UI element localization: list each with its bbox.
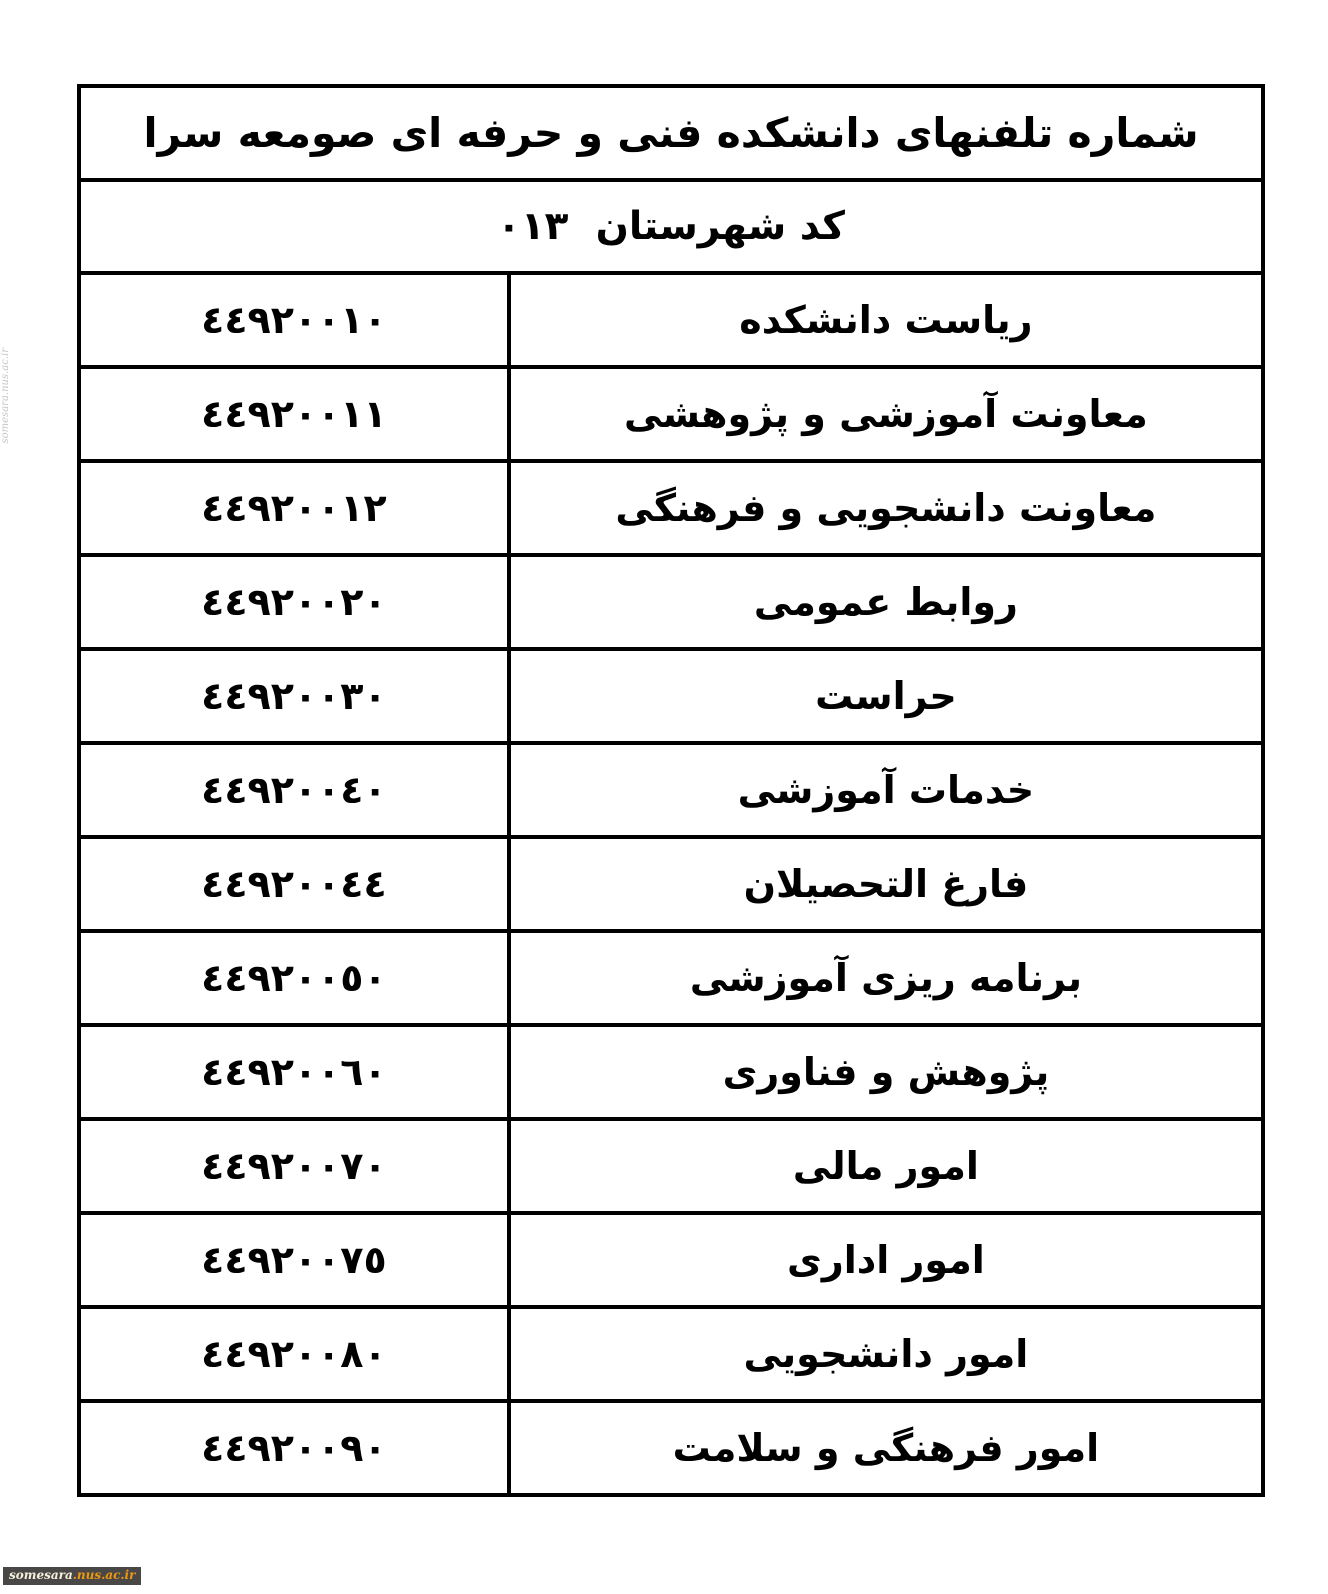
phone-number: ٤٤٩٢٠٠٢٠ (79, 555, 509, 649)
department-name: ریاست دانشکده (509, 273, 1263, 367)
table-row: امور فرهنگی و سلامت ٤٤٩٢٠٠٩٠ (79, 1401, 1263, 1495)
side-watermark-text: somesara.nus.ac.ir (0, 348, 11, 443)
table-title: شماره تلفنهای دانشکده فنی و حرفه ای صومع… (79, 86, 1263, 180)
table-row: فارغ التحصیلان ٤٤٩٢٠٠٤٤ (79, 837, 1263, 931)
department-name: فارغ التحصیلان (509, 837, 1263, 931)
phone-number: ٤٤٩٢٠٠٤٤ (79, 837, 509, 931)
table-row: خدمات آموزشی ٤٤٩٢٠٠٤٠ (79, 743, 1263, 837)
department-name: برنامه ریزی آموزشی (509, 931, 1263, 1025)
page: somesara.nus.ac.ir شماره تلفنهای دانشکده… (0, 0, 1328, 1594)
phone-number: ٤٤٩٢٠٠٥٠ (79, 931, 509, 1025)
department-name: امور اداری (509, 1213, 1263, 1307)
phone-number: ٤٤٩٢٠٠٤٠ (79, 743, 509, 837)
site-watermark-name: somesara (9, 1568, 73, 1582)
phone-directory-table: شماره تلفنهای دانشکده فنی و حرفه ای صومع… (77, 84, 1265, 1497)
table-row: معاونت دانشجویی و فرهنگی ٤٤٩٢٠٠١٢ (79, 461, 1263, 555)
table-row: برنامه ریزی آموزشی ٤٤٩٢٠٠٥٠ (79, 931, 1263, 1025)
table-row: معاونت آموزشی و پژوهشی ٤٤٩٢٠٠١١ (79, 367, 1263, 461)
phone-number: ٤٤٩٢٠٠٧٠ (79, 1119, 509, 1213)
department-name: معاونت آموزشی و پژوهشی (509, 367, 1263, 461)
city-code: کد شهرستان ٠١٣ (79, 180, 1263, 273)
phone-number: ٤٤٩٢٠٠٦٠ (79, 1025, 509, 1119)
phone-number: ٤٤٩٢٠٠٨٠ (79, 1307, 509, 1401)
phone-number: ٤٤٩٢٠٠١١ (79, 367, 509, 461)
department-name: پژوهش و فناوری (509, 1025, 1263, 1119)
department-name: امور دانشجویی (509, 1307, 1263, 1401)
site-watermark-domain: .nus.ac.ir (73, 1568, 136, 1582)
department-name: روابط عمومی (509, 555, 1263, 649)
department-name: امور فرهنگی و سلامت (509, 1401, 1263, 1495)
site-watermark-badge: somesara.nus.ac.ir (3, 1567, 141, 1585)
department-name: خدمات آموزشی (509, 743, 1263, 837)
table-row: روابط عمومی ٤٤٩٢٠٠٢٠ (79, 555, 1263, 649)
phone-number: ٤٤٩٢٠٠١٢ (79, 461, 509, 555)
phone-number: ٤٤٩٢٠٠١٠ (79, 273, 509, 367)
table-row: پژوهش و فناوری ٤٤٩٢٠٠٦٠ (79, 1025, 1263, 1119)
title-row: شماره تلفنهای دانشکده فنی و حرفه ای صومع… (79, 86, 1263, 180)
phone-number: ٤٤٩٢٠٠٣٠ (79, 649, 509, 743)
department-name: حراست (509, 649, 1263, 743)
city-code-row: کد شهرستان ٠١٣ (79, 180, 1263, 273)
table-row: امور اداری ٤٤٩٢٠٠٧٥ (79, 1213, 1263, 1307)
table-row: ریاست دانشکده ٤٤٩٢٠٠١٠ (79, 273, 1263, 367)
table-row: امور مالی ٤٤٩٢٠٠٧٠ (79, 1119, 1263, 1213)
department-name: امور مالی (509, 1119, 1263, 1213)
phone-number: ٤٤٩٢٠٠٧٥ (79, 1213, 509, 1307)
phone-number: ٤٤٩٢٠٠٩٠ (79, 1401, 509, 1495)
table-row: امور دانشجویی ٤٤٩٢٠٠٨٠ (79, 1307, 1263, 1401)
table-row: حراست ٤٤٩٢٠٠٣٠ (79, 649, 1263, 743)
department-name: معاونت دانشجویی و فرهنگی (509, 461, 1263, 555)
